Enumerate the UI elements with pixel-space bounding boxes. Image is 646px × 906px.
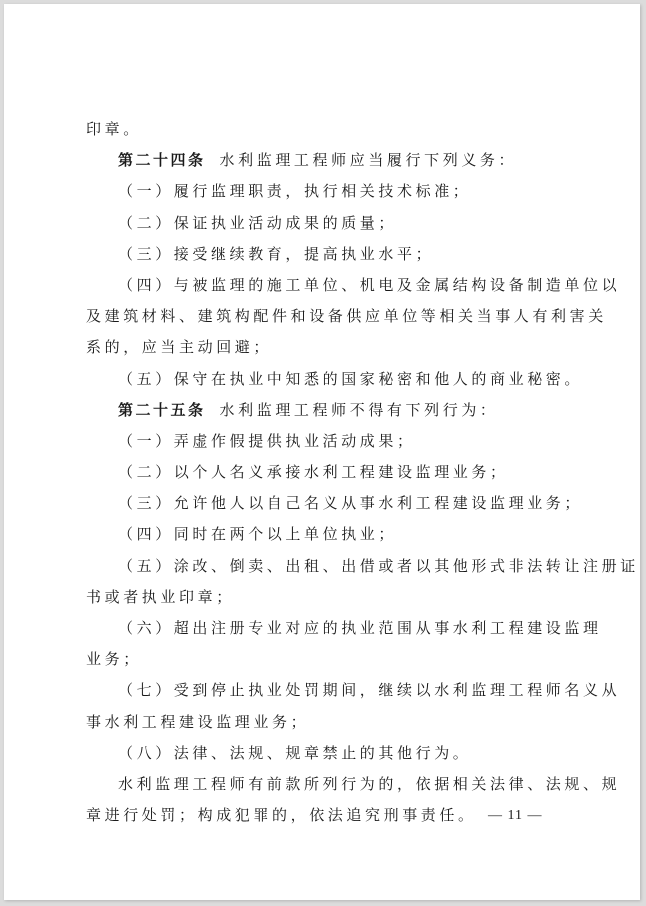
article-number: 第二十四条 <box>118 151 206 169</box>
list-item: （一）弄虚作假提供执业活动成果； <box>86 426 558 457</box>
line-text: 书或者执业印章； <box>86 588 235 606</box>
line-text: 及建筑材料、建筑构配件和设备供应单位等相关当事人有利害关 <box>86 307 607 325</box>
article-text: 水利监理工程师应当履行下列义务： <box>220 151 518 169</box>
list-item-continuation: 书或者执业印章； <box>86 582 558 613</box>
list-item: （五）涂改、倒卖、出租、出借或者以其他形式非法转让注册证 <box>86 551 558 582</box>
page-number: — 11 — <box>488 808 542 824</box>
article-24-heading: 第二十四条水利监理工程师应当履行下列义务： <box>86 145 558 176</box>
paragraph: 水利监理工程师有前款所列行为的，依据相关法律、法规、规 <box>86 769 558 800</box>
list-item: （一）履行监理职责，执行相关技术标准； <box>86 176 558 207</box>
line-text: （四）与被监理的施工单位、机电及金属结构设备制造单位以 <box>118 276 620 294</box>
list-item: （三）允许他人以自己名义从事水利工程建设监理业务； <box>86 488 558 519</box>
list-item: （七）受到停止执业处罚期间，继续以水利监理工程师名义从 <box>86 675 558 706</box>
line-text: （二）以个人名义承接水利工程建设监理业务； <box>118 463 509 481</box>
list-item: （四）与被监理的施工单位、机电及金属结构设备制造单位以 <box>86 270 558 301</box>
line-text: （六）超出注册专业对应的执业范围从事水利工程建设监理 <box>118 619 602 637</box>
document-body: 印章。 第二十四条水利监理工程师应当履行下列义务： （一）履行监理职责，执行相关… <box>86 114 558 831</box>
article-text: 水利监理工程师不得有下列行为： <box>220 401 499 419</box>
text-line: 印章。 <box>86 114 558 145</box>
list-item: （二）以个人名义承接水利工程建设监理业务； <box>86 457 558 488</box>
list-item: （三）接受继续教育，提高执业水平； <box>86 239 558 270</box>
article-number: 第二十五条 <box>118 401 206 419</box>
list-item: （五）保守在执业中知悉的国家秘密和他人的商业秘密。 <box>86 364 558 395</box>
line-text: （二）保证执业活动成果的质量； <box>118 214 397 232</box>
line-text: 事水利工程建设监理业务； <box>86 713 309 731</box>
line-text: （八）法律、法规、规章禁止的其他行为。 <box>118 744 471 762</box>
list-item: （二）保证执业活动成果的质量； <box>86 208 558 239</box>
line-text: 印章。 <box>86 120 142 138</box>
list-item: （四）同时在两个以上单位执业； <box>86 519 558 550</box>
line-text: 系的，应当主动回避； <box>86 338 272 356</box>
line-text: （四）同时在两个以上单位执业； <box>118 525 397 543</box>
line-text: （五）保守在执业中知悉的国家秘密和他人的商业秘密。 <box>118 370 583 388</box>
line-text: （五）涂改、倒卖、出租、出借或者以其他形式非法转让注册证 <box>118 557 639 575</box>
line-text: 水利监理工程师有前款所列行为的，依据相关法律、法规、规 <box>118 775 620 793</box>
line-text: （一）履行监理职责，执行相关技术标准； <box>118 182 471 200</box>
list-item-continuation: 及建筑材料、建筑构配件和设备供应单位等相关当事人有利害关 <box>86 301 558 332</box>
document-page: 印章。 第二十四条水利监理工程师应当履行下列义务： （一）履行监理职责，执行相关… <box>4 4 640 900</box>
line-text: （三）接受继续教育，提高执业水平； <box>118 245 434 263</box>
line-text: （一）弄虚作假提供执业活动成果； <box>118 432 416 450</box>
article-25-heading: 第二十五条水利监理工程师不得有下列行为： <box>86 395 558 426</box>
list-item-continuation: 系的，应当主动回避； <box>86 332 558 363</box>
line-text: （七）受到停止执业处罚期间，继续以水利监理工程师名义从 <box>118 681 620 699</box>
line-text: 业务； <box>86 650 142 668</box>
list-item-continuation: 业务； <box>86 644 558 675</box>
line-text: 章进行处罚；构成犯罪的，依法追究刑事责任。 <box>86 806 477 824</box>
list-item: （八）法律、法规、规章禁止的其他行为。 <box>86 738 558 769</box>
list-item: （六）超出注册专业对应的执业范围从事水利工程建设监理 <box>86 613 558 644</box>
line-text: （三）允许他人以自己名义从事水利工程建设监理业务； <box>118 494 583 512</box>
list-item-continuation: 事水利工程建设监理业务； <box>86 707 558 738</box>
